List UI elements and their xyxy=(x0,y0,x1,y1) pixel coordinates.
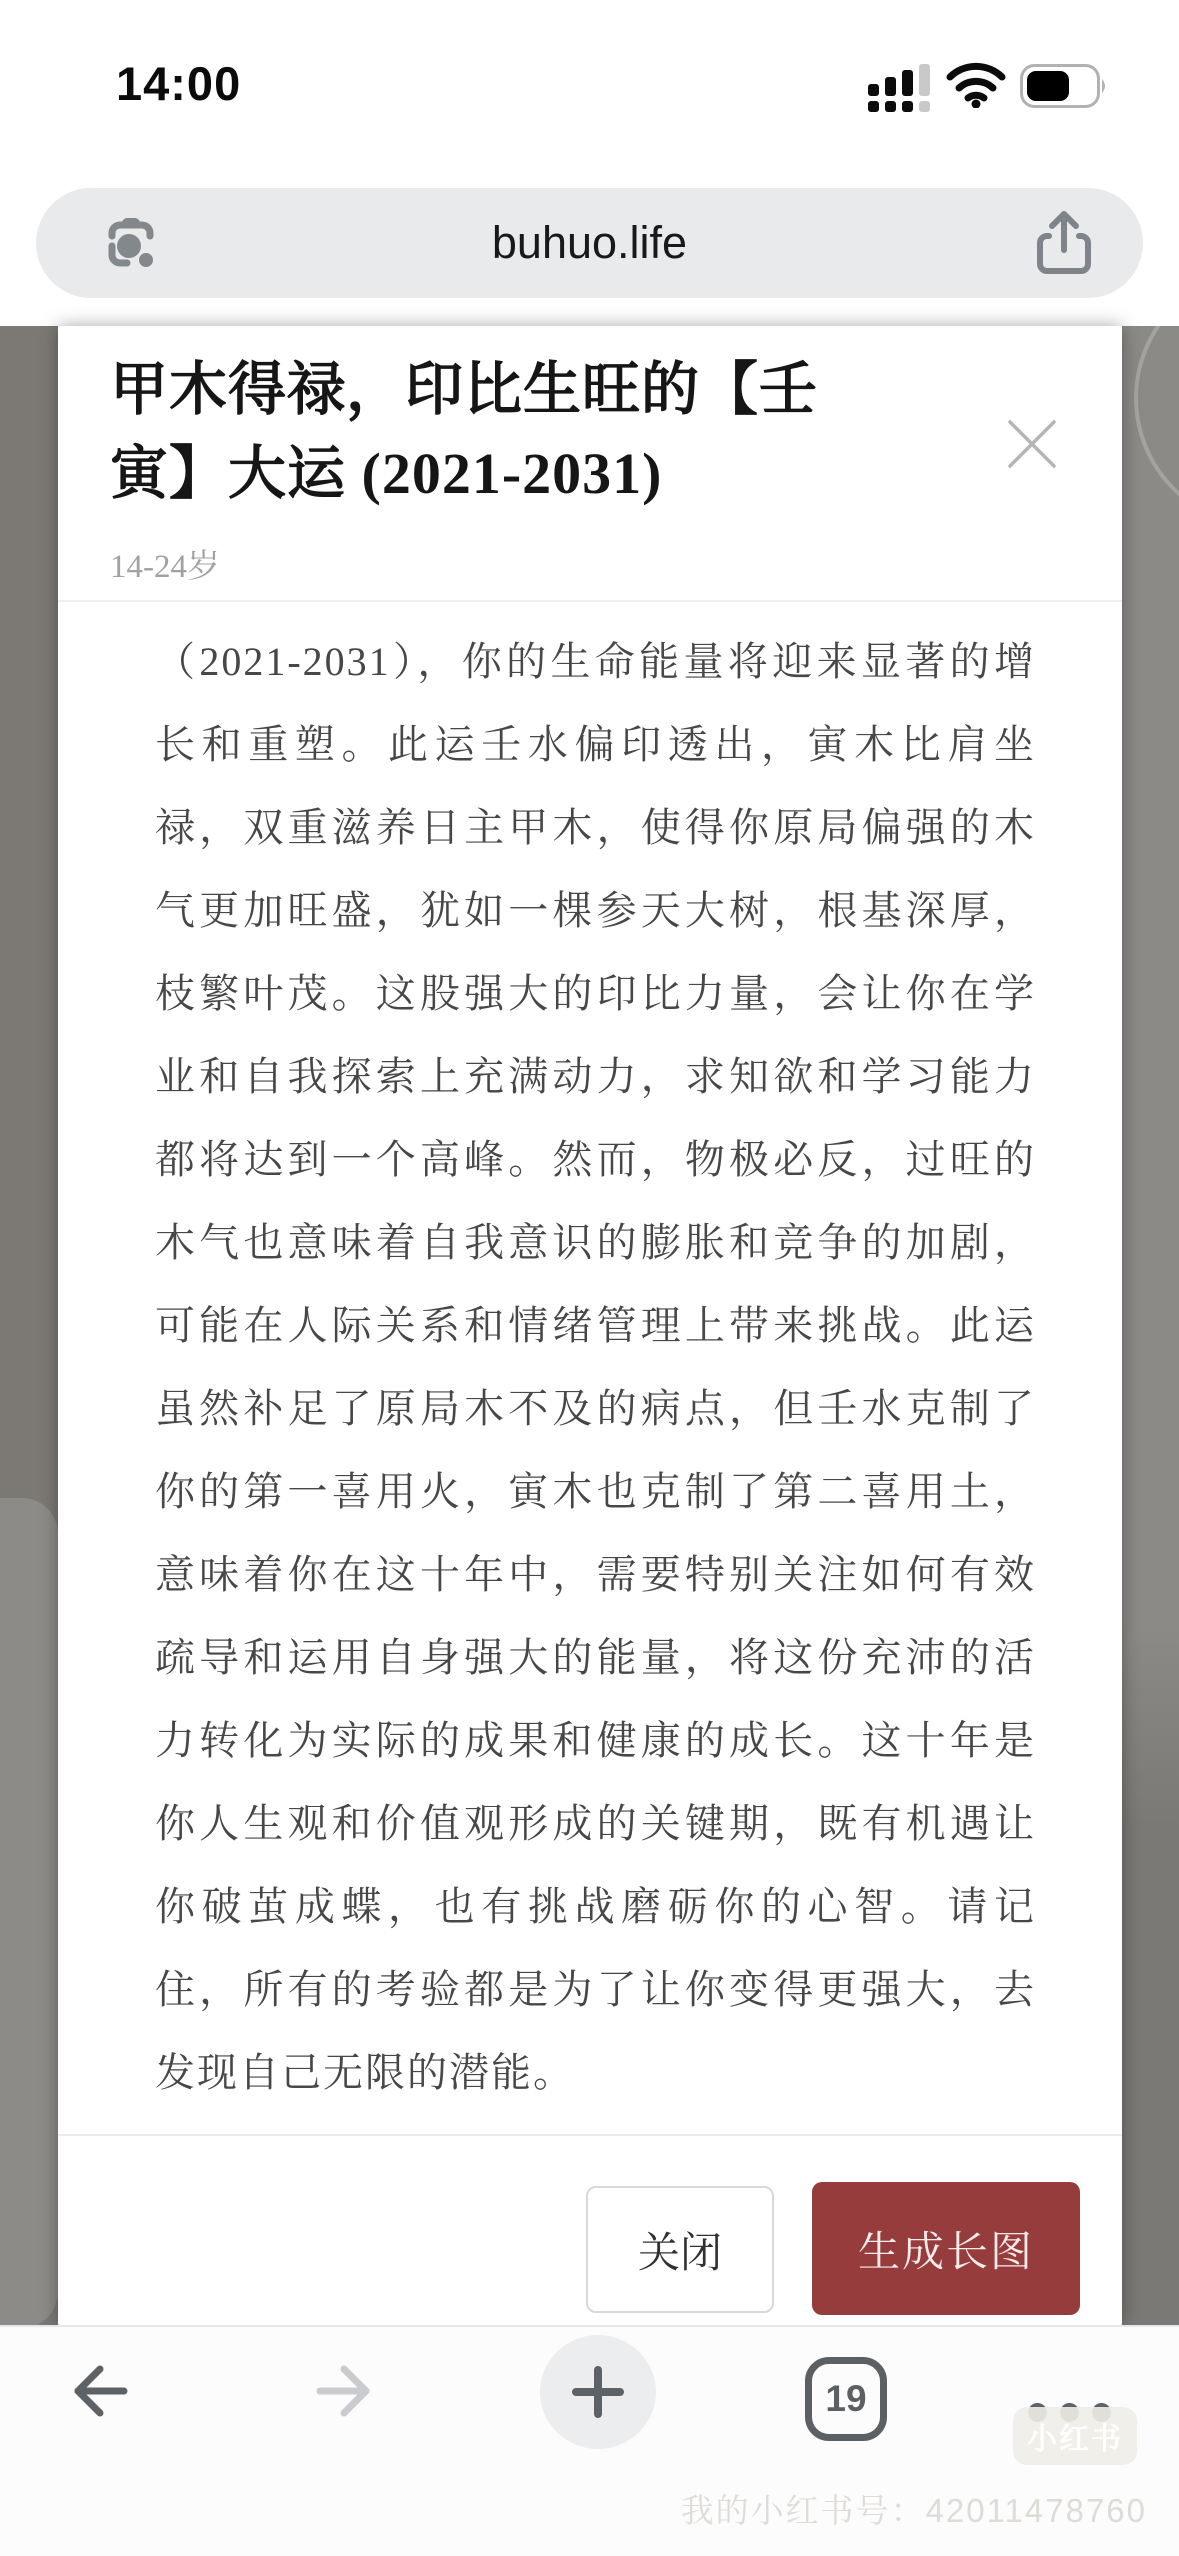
tabs-button[interactable]: 19 xyxy=(805,2357,887,2441)
new-tab-button[interactable] xyxy=(540,2335,656,2449)
close-button[interactable]: 关闭 xyxy=(586,2186,774,2313)
plus-icon xyxy=(570,2364,626,2420)
dialog-body-text[interactable]: （2021-2031），你的生命能量将迎来显著的增长和重塑。此运壬水偏印透出，寅… xyxy=(58,602,1122,2134)
close-icon[interactable] xyxy=(1004,416,1060,472)
status-icons xyxy=(868,62,1128,112)
dialog-title: 甲木得禄，印比生旺的【壬寅】大运 (2021-2031) xyxy=(110,348,872,516)
battery-icon xyxy=(1020,64,1108,108)
status-time: 14:00 xyxy=(116,56,241,111)
dialog-footer: 关闭 生成长图 xyxy=(58,2134,1122,2323)
browser-toolbar: 19 小红书 我的小红书号：42011478760 xyxy=(0,2325,1179,2556)
wifi-icon xyxy=(946,62,1006,108)
tab-count: 19 xyxy=(825,2378,866,2420)
dimmed-page-left xyxy=(0,326,58,2325)
age-range-label: 14-24岁 xyxy=(110,540,872,587)
iphone-screen: 14:00 xyxy=(0,0,1179,2556)
cellular-signal-icon xyxy=(868,64,932,112)
modal-scrim[interactable]: 甲木得禄，印比生旺的【壬寅】大运 (2021-2031) 14-24岁 （202… xyxy=(0,326,1179,2325)
forward-icon[interactable] xyxy=(312,2355,384,2427)
share-icon[interactable] xyxy=(1027,206,1101,280)
address-bar[interactable]: buhuo.life xyxy=(36,188,1143,298)
dimmed-page-right xyxy=(1122,326,1179,2325)
dialog-header: 甲木得禄，印比生旺的【壬寅】大运 (2021-2031) 14-24岁 xyxy=(58,326,1122,602)
back-icon[interactable] xyxy=(60,2355,132,2427)
dayun-dialog: 甲木得禄，印比生旺的【壬寅】大运 (2021-2031) 14-24岁 （202… xyxy=(58,326,1122,2325)
xiaohongshu-logo-watermark: 小红书 xyxy=(1013,2407,1137,2465)
dimmed-circle-shape xyxy=(1134,326,1179,528)
dimmed-card-shape xyxy=(0,1498,58,2325)
generate-long-image-button[interactable]: 生成长图 xyxy=(812,2182,1080,2315)
watermark-text: 我的小红书号：42011478760 xyxy=(681,2485,1147,2532)
url-text: buhuo.life xyxy=(36,188,1143,298)
